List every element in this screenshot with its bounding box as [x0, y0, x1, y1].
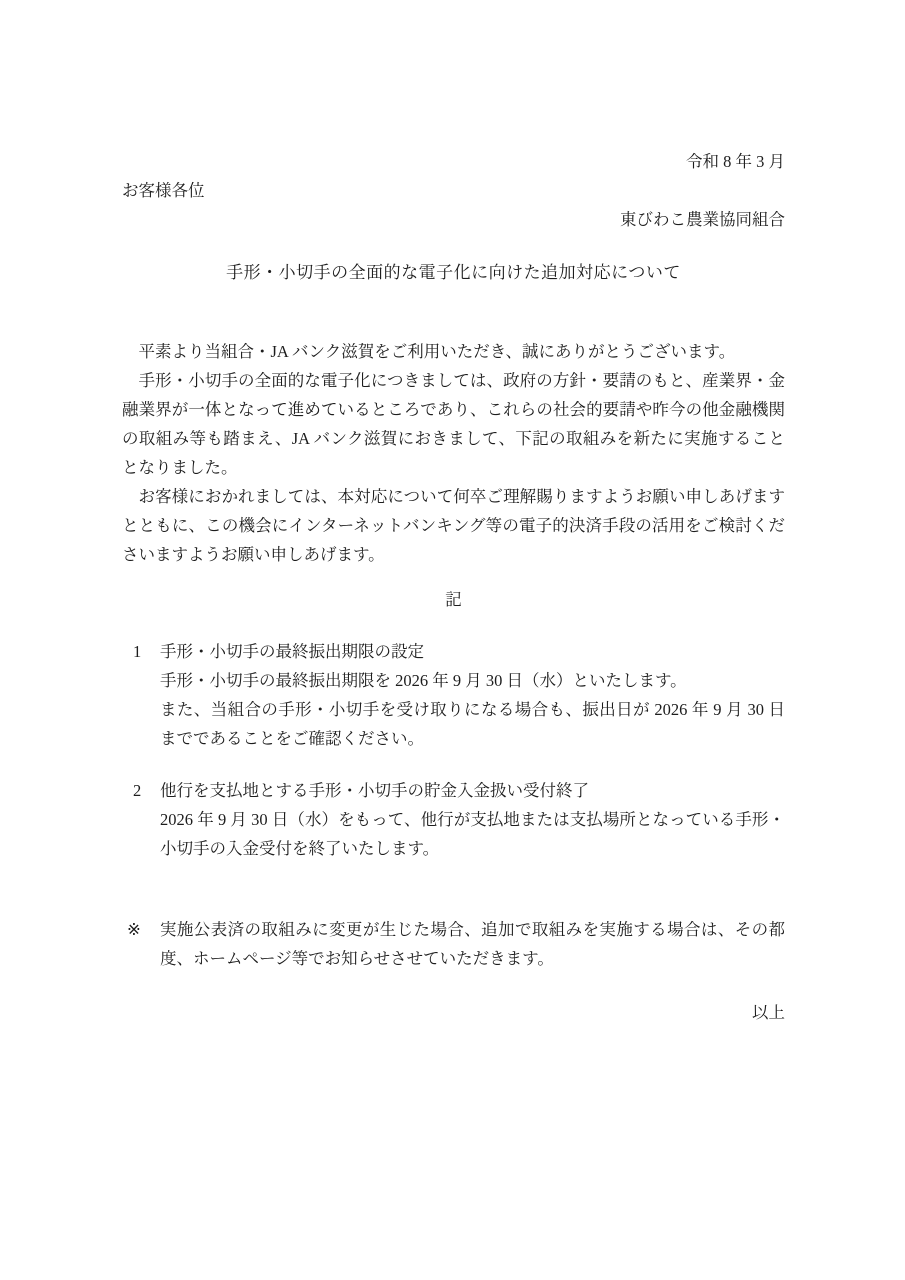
closing-marker: 以上 — [122, 998, 785, 1027]
body-paragraphs: 平素より当組合・JA バンク滋賀をご利用いただき、誠にありがとうございます。 手… — [122, 337, 785, 569]
body-paragraph: お客様におかれましては、本対応について何卒ご理解賜りますようお願い申しあげますと… — [122, 482, 785, 569]
item-body-line: 2026 年 9 月 30 日（水）をもって、他行が支払地または支払場所となって… — [160, 805, 785, 863]
ki-section-marker: 記 — [122, 585, 785, 614]
body-paragraph: 平素より当組合・JA バンク滋賀をご利用いただき、誠にありがとうございます。 — [122, 337, 785, 366]
document-date: 令和 8 年 3 月 — [122, 147, 785, 176]
item-number: 2 — [133, 776, 141, 805]
numbered-item: 2 他行を支払地とする手形・小切手の貯金入金扱い受付終了 2026 年 9 月 … — [122, 776, 785, 863]
sender-organization: 東びわこ農業協同組合 — [122, 205, 785, 234]
item-number: 1 — [133, 637, 141, 666]
numbered-item: 1 手形・小切手の最終振出期限の設定 手形・小切手の最終振出期限を 2026 年… — [122, 637, 785, 753]
item-body-line: 手形・小切手の最終振出期限を 2026 年 9 月 30 日（水）といたします。 — [160, 666, 785, 695]
recipient-salutation: お客様各位 — [122, 176, 785, 205]
document-page: 令和 8 年 3 月 お客様各位 東びわこ農業協同組合 手形・小切手の全面的な電… — [0, 0, 905, 1280]
note-text: 実施公表済の取組みに変更が生じた場合、追加で取組みを実施する場合は、その都度、ホ… — [160, 920, 785, 968]
item-body-line: また、当組合の手形・小切手を受け取りになる場合も、振出日が 2026 年 9 月… — [160, 695, 785, 753]
item-heading: 他行を支払地とする手形・小切手の貯金入金扱い受付終了 — [160, 776, 785, 805]
document-title: 手形・小切手の全面的な電子化に向けた追加対応について — [122, 258, 785, 287]
body-paragraph: 手形・小切手の全面的な電子化につきましては、政府の方針・要請のもと、産業界・金融… — [122, 366, 785, 482]
item-heading: 手形・小切手の最終振出期限の設定 — [160, 637, 785, 666]
note-reference-marker: ※ — [127, 915, 141, 944]
asterisk-note: ※ 実施公表済の取組みに変更が生じた場合、追加で取組みを実施する場合は、その都度… — [122, 915, 785, 973]
